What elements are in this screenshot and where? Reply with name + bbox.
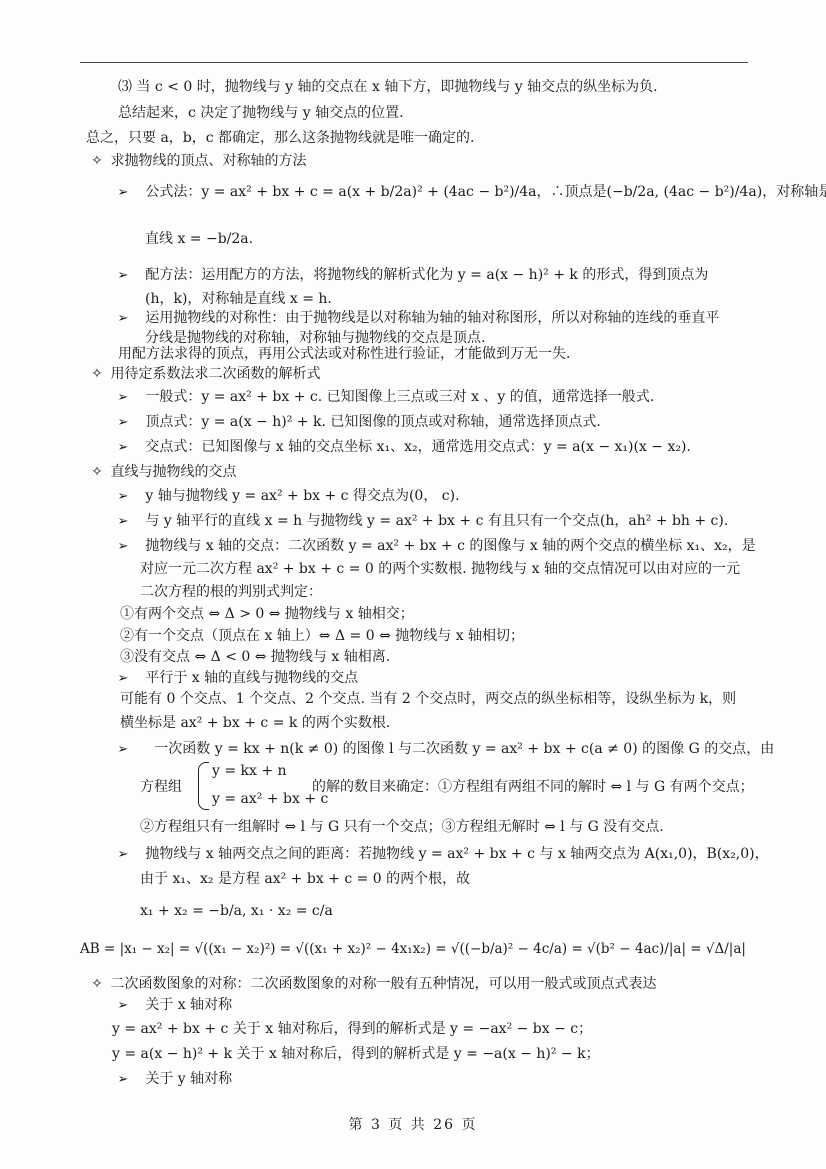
arrow-bullet-icon: ➢ <box>114 1071 132 1089</box>
bullet-item: ➢ 配方法：运用配方的方法，将抛物线的解析式化为 y = a(x − h)² +… <box>114 266 708 285</box>
text-line: y = ax² + bx + c 关于 x 轴对称后，得到的解析式是 y = −… <box>112 1020 592 1038</box>
text-line: ②方程组只有一组解时 ⇔ l 与 G 只有一个交点；③方程组无解时 ⇔ l 与 … <box>140 818 664 836</box>
bullet-item: ➢ 关于 y 轴对称 <box>114 1070 232 1089</box>
bullet-item: ➢ 公式法：y = ax² + bx + c = a(x + b/2a)² + … <box>114 183 826 202</box>
bullet-item: ➢ 一般式：y = ax² + bx + c. 已知图像上三点或三对 x 、y … <box>114 388 654 407</box>
text-line: 总结起来，c 决定了抛物线与 y 轴交点的位置. <box>118 104 404 122</box>
section-heading: ✧ 直线与抛物线的交点 <box>88 463 236 481</box>
text-line: 由于 x₁、x₂ 是方程 ax² + bx + c = 0 的两个根，故 <box>140 870 470 888</box>
text-line: ②有一个交点（顶点在 x 轴上）⇔ Δ = 0 ⇔ 抛物线与 x 轴相切； <box>120 627 524 645</box>
text-line: 方程组 <box>140 778 182 796</box>
text-line: ⑶ 当 c < 0 时，抛物线与 y 轴的交点在 x 轴下方，即抛物线与 y 轴… <box>118 78 658 96</box>
arrow-bullet-icon: ➢ <box>114 439 132 457</box>
text-line: 对应一元二次方程 ax² + bx + c = 0 的两个实数根. 抛物线与 x… <box>140 560 740 578</box>
section-heading: ✧ 二次函数图象的对称：二次函数图象的对称一般有五种情况，可以用一般式或顶点式表… <box>88 975 656 993</box>
arrow-bullet-icon: ➢ <box>114 997 132 1015</box>
arrow-bullet-icon: ➢ <box>114 267 132 285</box>
text-line: y = a(x − h)² + k 关于 x 轴对称后，得到的解析式是 y = … <box>112 1045 600 1063</box>
text-line: 横坐标是 ax² + bx + c = k 的两个实数根. <box>120 714 390 732</box>
arrow-bullet-icon: ➢ <box>114 488 132 506</box>
page-footer: 第 3 页 共 26 页 <box>0 1114 826 1134</box>
arrow-bullet-icon: ➢ <box>114 310 132 328</box>
bullet-item: ➢ 顶点式：y = a(x − h)² + k. 已知图像的顶点或对称轴，通常选… <box>114 413 601 432</box>
arrow-bullet-icon: ➢ <box>114 741 132 759</box>
section-heading: ✧ 求抛物线的顶点、对称轴的方法 <box>88 152 306 170</box>
text-line: 可能有 0 个交点、1 个交点、2 个交点. 当有 2 个交点时，两交点的纵坐标… <box>120 690 736 708</box>
equation: x₁ + x₂ = −b/a, x₁ · x₂ = c/a <box>140 902 333 920</box>
equation: y = kx + n <box>212 762 287 780</box>
diamond-bullet-icon: ✧ <box>88 463 106 481</box>
bullet-item: ➢ 一次函数 y = kx + n(k ≠ 0) 的图像 l 与二次函数 y =… <box>114 740 774 759</box>
brace-symbol <box>198 762 209 810</box>
bullet-item: ➢ 抛物线与 x 轴的交点：二次函数 y = ax² + bx + c 的图像与… <box>114 537 756 556</box>
text-line: ①有两个交点 ⇔ Δ > 0 ⇔ 抛物线与 x 轴相交； <box>120 605 414 623</box>
bullet-item: ➢ 交点式：已知图像与 x 轴的交点坐标 x₁、x₂，通常选用交点式：y = a… <box>114 438 691 457</box>
text-line: (h，k)，对称轴是直线 x = h. <box>145 290 332 308</box>
header-rule <box>80 62 748 63</box>
bullet-item: ➢ 抛物线与 x 轴两交点之间的距离：若抛物线 y = ax² + bx + c… <box>114 845 769 864</box>
text-line: 二次方程的根的判别式判定： <box>140 583 322 601</box>
bullet-item: ➢ 运用抛物线的对称性：由于抛物线是以对称轴为轴的轴对称图形，所以对称轴的连线的… <box>114 309 719 328</box>
text-line: 的解的数目来确定：①方程组有两组不同的解时 ⇔ l 与 G 有两个交点； <box>312 778 754 796</box>
section-heading: ✧ 用待定系数法求二次函数的解析式 <box>88 365 320 383</box>
equation: AB = |x₁ − x₂| = √((x₁ − x₂)²) = √((x₁ +… <box>80 940 746 958</box>
arrow-bullet-icon: ➢ <box>114 184 132 202</box>
bullet-item: ➢ 平行于 x 轴的直线与抛物线的交点 <box>114 669 358 688</box>
text-line: 用配方法求得的顶点，再用公式法或对称性进行验证，才能做到万无一失. <box>118 345 570 363</box>
bullet-item: ➢ 与 y 轴平行的直线 x = h 与抛物线 y = ax² + bx + c… <box>114 512 728 531</box>
text-line: ③没有交点 ⇔ Δ < 0 ⇔ 抛物线与 x 轴相离. <box>120 648 390 666</box>
diamond-bullet-icon: ✧ <box>88 975 106 993</box>
bullet-item: ➢ y 轴与抛物线 y = ax² + bx + c 得交点为(0， c). <box>114 487 460 506</box>
text-line: 直线 x = −b/2a. <box>145 230 253 248</box>
arrow-bullet-icon: ➢ <box>114 513 132 531</box>
arrow-bullet-icon: ➢ <box>114 389 132 407</box>
arrow-bullet-icon: ➢ <box>114 670 132 688</box>
arrow-bullet-icon: ➢ <box>114 538 132 556</box>
arrow-bullet-icon: ➢ <box>114 846 132 864</box>
text-line: 总之，只要 a，b，c 都确定，那么这条抛物线就是唯一确定的. <box>86 129 475 147</box>
diamond-bullet-icon: ✧ <box>88 152 106 170</box>
diamond-bullet-icon: ✧ <box>88 365 106 383</box>
equation: y = ax² + bx + c <box>212 790 328 808</box>
arrow-bullet-icon: ➢ <box>114 414 132 432</box>
bullet-item: ➢ 关于 x 轴对称 <box>114 996 232 1015</box>
